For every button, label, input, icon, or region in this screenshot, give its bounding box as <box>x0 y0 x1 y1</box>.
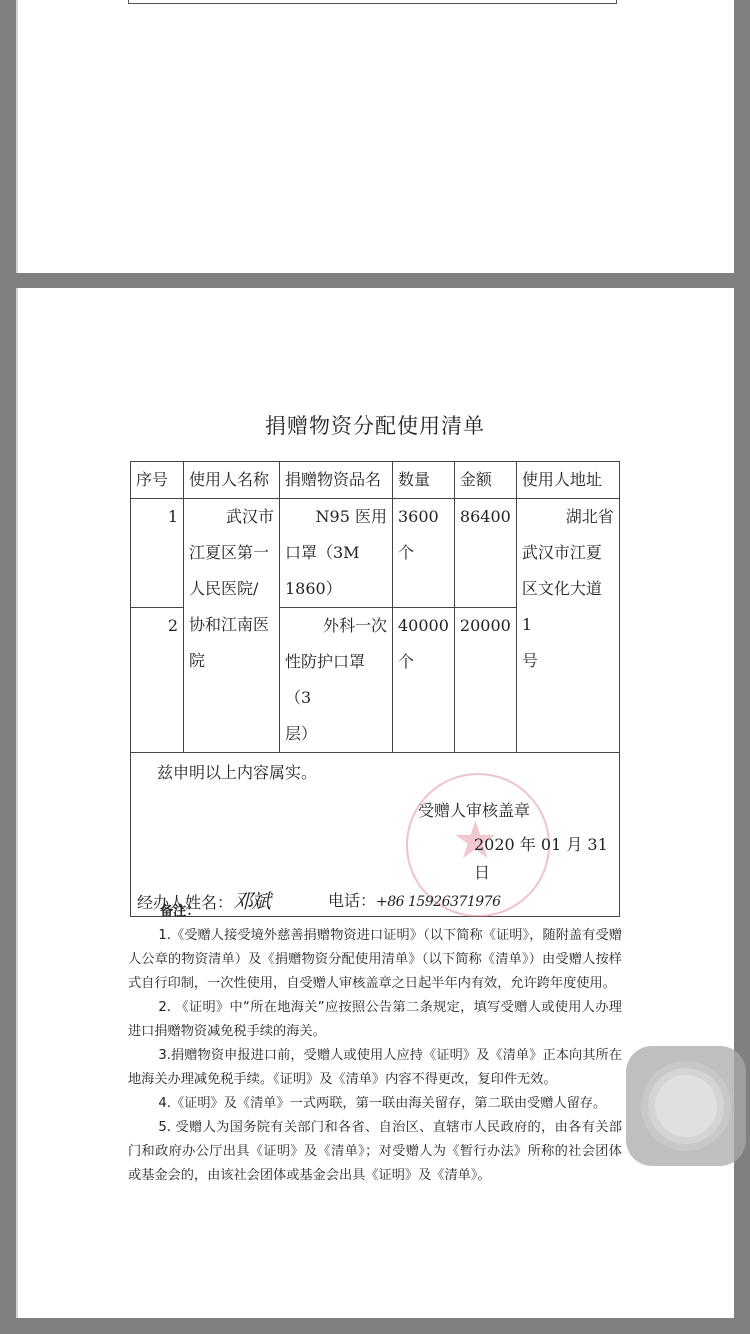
note-item: 1.《受赠人接受境外慈善捐赠物资进口证明》（以下简称《证明》，随附盖有受赠人公章… <box>128 924 622 996</box>
row-index: 1 <box>131 499 184 608</box>
note-item: 2. 《证明》中“所在地海关”应按照公告第二条规定，填写受赠人或使用人办理进口捐… <box>128 996 622 1044</box>
header-quantity: 数量 <box>393 462 455 499</box>
notes-heading: 备注： <box>128 900 622 924</box>
assistive-touch-button[interactable] <box>626 1046 746 1166</box>
quantity-cell: 3600 个 <box>393 499 455 608</box>
header-address: 使用人地址 <box>516 462 619 499</box>
declaration-text: 兹申明以上内容属实。 <box>157 759 317 787</box>
item-name-cell: N95 医用 口罩（3M 1860） <box>280 499 393 608</box>
previous-table-bottom-border <box>128 0 617 4</box>
quantity-line: 40000 <box>398 608 449 644</box>
user-name-line: 协和江南医 <box>189 607 274 643</box>
row-index: 2 <box>131 608 184 753</box>
quantity-line: 个 <box>398 644 449 680</box>
user-name-cell: 武汉市 江夏区第一 人民医院/ 协和江南医 院 <box>184 499 280 753</box>
quantity-line: 3600 <box>398 499 449 535</box>
user-name-line: 院 <box>189 643 274 679</box>
table-row: 1 武汉市 江夏区第一 人民医院/ 协和江南医 院 N95 医用 口罩（3M 1… <box>131 499 620 608</box>
item-line: N95 医用 <box>285 499 387 535</box>
allocation-table: 序号 使用人名称 捐赠物资品名 数量 金额 使用人地址 1 武汉市 江夏区第一 … <box>130 461 620 917</box>
date: 2020 年 01 月 31 日 <box>474 831 619 887</box>
notes-section: 备注： 1.《受赠人接受境外慈善捐赠物资进口证明》（以下简称《证明》，随附盖有受… <box>128 900 622 1188</box>
stamp-label: 受赠人审核盖章 <box>418 797 530 825</box>
item-line: 性防护口罩（3 <box>285 644 387 716</box>
user-name-line: 人民医院/ <box>189 571 274 607</box>
item-line: 外科一次 <box>285 608 387 644</box>
address-cell: 湖北省 武汉市江夏 区文化大道 1 号 <box>516 499 619 753</box>
address-line: 湖北省 <box>522 499 614 535</box>
page-edge <box>16 288 18 1318</box>
header-index: 序号 <box>131 462 184 499</box>
quantity-line: 个 <box>398 535 449 571</box>
assistive-touch-core-icon <box>655 1075 717 1137</box>
note-item: 4.《证明》及《清单》一式两联，第一联由海关留存，第二联由受赠人留存。 <box>128 1092 622 1116</box>
page-title: 捐赠物资分配使用清单 <box>16 410 734 440</box>
note-item: 5. 受赠人为国务院有关部门和各省、自治区、直辖市人民政府的，由各有关部门和政府… <box>128 1116 622 1188</box>
item-name-cell: 外科一次 性防护口罩（3 层） <box>280 608 393 753</box>
page-edge <box>16 0 18 273</box>
user-name-line: 江夏区第一 <box>189 535 274 571</box>
previous-page <box>16 0 734 273</box>
header-user-name: 使用人名称 <box>184 462 280 499</box>
header-amount: 金额 <box>454 462 516 499</box>
header-item-name: 捐赠物资品名 <box>280 462 393 499</box>
declaration-row: ★ 兹申明以上内容属实。 受赠人审核盖章 2020 年 01 月 31 日 经办… <box>131 753 620 917</box>
amount-cell: 20000 <box>454 608 516 753</box>
amount-cell: 86400 <box>454 499 516 608</box>
note-item: 3.捐赠物资申报进口前，受赠人或使用人应持《证明》及《清单》正本向其所在地海关办… <box>128 1044 622 1092</box>
item-line: 口罩（3M <box>285 535 387 571</box>
address-line: 号 <box>522 643 614 679</box>
declaration-cell: ★ 兹申明以上内容属实。 受赠人审核盖章 2020 年 01 月 31 日 经办… <box>131 753 620 917</box>
item-line: 层） <box>285 716 387 752</box>
address-line: 武汉市江夏 <box>522 535 614 571</box>
address-line: 区文化大道 1 <box>522 571 614 643</box>
table-header-row: 序号 使用人名称 捐赠物资品名 数量 金额 使用人地址 <box>131 462 620 499</box>
user-name-line: 武汉市 <box>189 499 274 535</box>
item-line: 1860） <box>285 571 387 607</box>
document-page: 捐赠物资分配使用清单 序号 使用人名称 捐赠物资品名 数量 金额 使用人地址 1… <box>16 288 734 1318</box>
quantity-cell: 40000 个 <box>393 608 455 753</box>
